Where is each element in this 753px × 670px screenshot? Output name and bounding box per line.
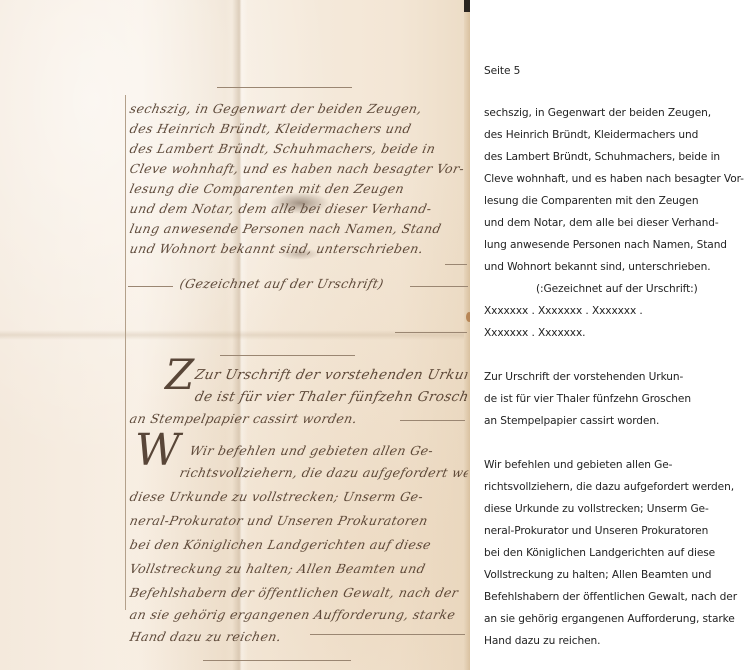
manuscript-line: lung anwesende Personen nach Namen, Stan… bbox=[128, 221, 470, 236]
page-label: Seite 5 bbox=[484, 65, 520, 77]
transcription-line: bei den Königlichen Landgerichten auf di… bbox=[484, 547, 715, 559]
transcription-line: Befehlshabern der öffentlichen Gewalt, n… bbox=[484, 591, 737, 603]
manuscript-line: Vollstreckung zu halten; Allen Beamten u… bbox=[128, 561, 470, 576]
transcription-line: und dem Notar, dem alle bei dieser Verha… bbox=[484, 217, 719, 229]
bottom-rule bbox=[203, 660, 351, 661]
section-rule bbox=[220, 355, 355, 356]
paper-spot bbox=[466, 312, 470, 322]
transcription-line: an Stempelpapier cassirt worden. bbox=[484, 415, 659, 427]
signed-rule-right bbox=[410, 286, 468, 287]
top-rule bbox=[217, 87, 352, 88]
manuscript-signed-note: (Gezeichnet auf der Urschrift) bbox=[178, 276, 421, 291]
line-filler-rule bbox=[310, 634, 465, 635]
transcription-line: Vollstreckung zu halten; Allen Beamten u… bbox=[484, 569, 711, 581]
line-filler-rule bbox=[400, 420, 465, 421]
transcription-line: Wir befehlen und gebieten allen Ge- bbox=[484, 459, 672, 471]
signature-line: Xxxxxxx . Xxxxxxx. bbox=[484, 327, 585, 339]
manuscript-line: bei den Königlichen Landgerichten auf di… bbox=[128, 537, 470, 552]
manuscript-line: Wir befehlen und gebieten allen Ge- bbox=[188, 443, 469, 458]
manuscript-line: Hand dazu zu reichen. bbox=[128, 629, 470, 644]
transcription-line: sechszig, in Gegenwart der beiden Zeugen… bbox=[484, 107, 711, 119]
transcription-panel: Seite 5 sechszig, in Gegenwart der beide… bbox=[484, 0, 753, 670]
signed-rule-left bbox=[128, 286, 173, 287]
transcription-line: des Lambert Bründt, Schuhmachers, beide … bbox=[484, 151, 720, 163]
manuscript-line: des Lambert Bründt, Schuhmachers, beide … bbox=[128, 141, 470, 156]
margin-line bbox=[125, 95, 126, 610]
manuscript-line: Zur Urschrift der vorstehenden Urkun- bbox=[193, 367, 468, 383]
ink-stain bbox=[280, 248, 320, 260]
manuscript-line: an sie gehörig ergangenen Aufforderung, … bbox=[128, 607, 470, 622]
transcription-line: diese Urkunde zu vollstrecken; Unserm Ge… bbox=[484, 503, 709, 515]
transcription-line: neral-Prokurator und Unseren Prokuratore… bbox=[484, 525, 708, 537]
transcription-line: Zur Urschrift der vorstehenden Urkun- bbox=[484, 371, 683, 383]
manuscript-line: de ist für vier Thaler fünfzehn Groschen bbox=[193, 389, 468, 405]
manuscript-scan: sechszig, in Gegenwart der beiden Zeugen… bbox=[0, 0, 470, 670]
manuscript-line: richtsvollziehern, die dazu aufgefordert… bbox=[178, 465, 469, 480]
transcription-line: an sie gehörig ergangenen Aufforderung, … bbox=[484, 613, 735, 625]
line-filler-rule bbox=[445, 264, 467, 265]
transcription-line: de ist für vier Thaler fünfzehn Groschen bbox=[484, 393, 691, 405]
transcription-line: lung anwesende Personen nach Namen, Stan… bbox=[484, 239, 727, 251]
ink-stain bbox=[270, 192, 330, 214]
manuscript-line: Cleve wohnhaft, und es haben nach besagt… bbox=[128, 161, 470, 176]
decorative-initial-z: Z bbox=[165, 350, 194, 399]
signed-note: (:Gezeichnet auf der Urschrift:) bbox=[536, 283, 698, 295]
decorative-initial-w: W bbox=[135, 425, 180, 476]
manuscript-line: an Stempelpapier cassirt worden. bbox=[128, 411, 470, 426]
manuscript-line: neral-Prokurator und Unseren Prokuratore… bbox=[128, 513, 470, 528]
transcription-line: richtsvollziehern, die dazu aufgefordert… bbox=[484, 481, 734, 493]
manuscript-line: sechszig, in Gegenwart der beiden Zeugen… bbox=[128, 101, 470, 116]
transcription-line: lesung die Comparenten mit den Zeugen bbox=[484, 195, 698, 207]
signature-line: Xxxxxxx . Xxxxxxx . Xxxxxxx . bbox=[484, 305, 643, 317]
manuscript-line: Befehlshabern der öffentlichen Gewalt, n… bbox=[128, 585, 470, 600]
manuscript-line: des Heinrich Bründt, Kleidermachers und bbox=[128, 121, 470, 136]
transcription-line: Hand dazu zu reichen. bbox=[484, 635, 600, 647]
transcription-line: Cleve wohnhaft, und es haben nach besagt… bbox=[484, 173, 744, 185]
transcription-line: des Heinrich Bründt, Kleidermachers und bbox=[484, 129, 698, 141]
scan-corner-shadow bbox=[464, 0, 470, 12]
divider-rule bbox=[395, 332, 467, 333]
manuscript-line: diese Urkunde zu vollstrecken; Unserm Ge… bbox=[128, 489, 470, 504]
transcription-line: und Wohnort bekannt sind, unterschrieben… bbox=[484, 261, 710, 273]
